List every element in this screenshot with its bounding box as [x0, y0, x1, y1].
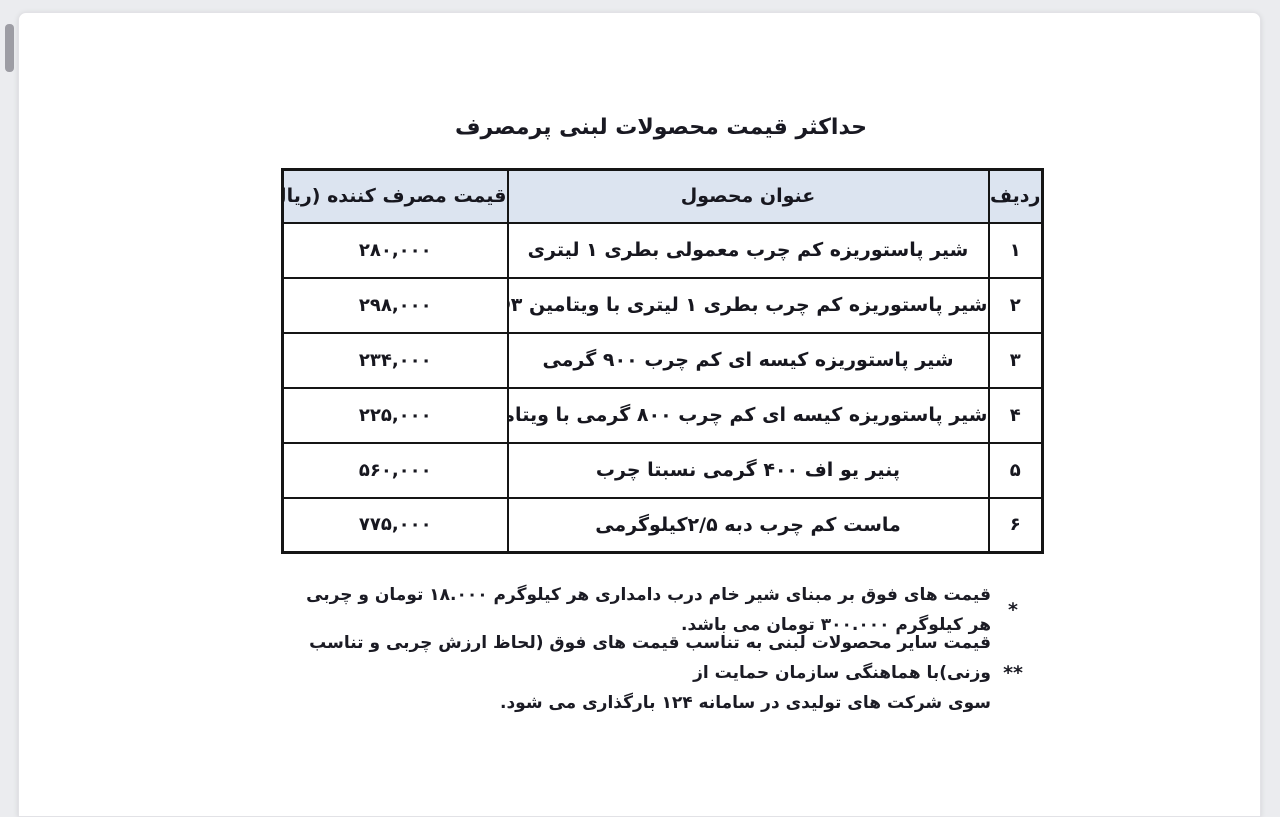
consumer-price: ۲۲۵,۰۰۰: [283, 388, 508, 443]
footnote-line-2: سوی شرکت های تولیدی در سامانه ۱۲۴ بارگذا…: [500, 693, 991, 713]
screenshot-canvas: حداکثر قیمت محصولات لبنی پرمصرف ردیف عنو…: [0, 0, 1280, 817]
product-name: شیر پاستوریزه کم چرب بطری ۱ لیتری با ویت…: [508, 278, 989, 333]
table-header-row: ردیف عنوان محصول قیمت مصرف کننده (ریال): [283, 170, 1043, 223]
table-row: ۴ شیر پاستوریزه کیسه ای کم چرب ۸۰۰ گرمی …: [283, 388, 1043, 443]
dairy-price-table: ردیف عنوان محصول قیمت مصرف کننده (ریال) …: [281, 168, 1044, 554]
footnote-other-products: ** قیمت سایر محصولات لبنی به تناسب قیمت …: [281, 629, 1025, 718]
table-row: ۳ شیر پاستوریزه کیسه ای کم چرب ۹۰۰ گرمی …: [283, 333, 1043, 388]
table-row: ۶ ماست کم چرب دبه ۲/۵کیلوگرمی ۷۷۵,۰۰۰: [283, 498, 1043, 553]
left-edge-handle: [5, 24, 14, 72]
consumer-price: ۵۶۰,۰۰۰: [283, 443, 508, 498]
col-header-row-no: ردیف: [989, 170, 1043, 223]
product-name: ماست کم چرب دبه ۲/۵کیلوگرمی: [508, 498, 989, 553]
consumer-price: ۲۳۴,۰۰۰: [283, 333, 508, 388]
consumer-price: ۲۹۸,۰۰۰: [283, 278, 508, 333]
double-asterisk-marker: **: [1001, 657, 1025, 690]
row-number: ۱: [989, 223, 1043, 278]
table-row: ۵ پنیر یو اف ۴۰۰ گرمی نسبتا چرب ۵۶۰,۰۰۰: [283, 443, 1043, 498]
row-number: ۴: [989, 388, 1043, 443]
document-page: حداکثر قیمت محصولات لبنی پرمصرف ردیف عنو…: [18, 12, 1261, 817]
row-number: ۶: [989, 498, 1043, 553]
consumer-price: ۲۸۰,۰۰۰: [283, 223, 508, 278]
col-header-price: قیمت مصرف کننده (ریال): [283, 170, 508, 223]
row-number: ۲: [989, 278, 1043, 333]
product-name: شیر پاستوریزه کیسه ای کم چرب ۸۰۰ گرمی با…: [508, 388, 989, 443]
product-name: شیر پاستوریزه کم چرب معمولی بطری ۱ لیتری: [508, 223, 989, 278]
page-title: حداکثر قیمت محصولات لبنی پرمصرف: [281, 115, 1041, 140]
table-row: ۲ شیر پاستوریزه کم چرب بطری ۱ لیتری با و…: [283, 278, 1043, 333]
asterisk-marker: *: [1001, 594, 1025, 627]
footnote-line-1: قیمت سایر محصولات لبنی به تناسب قیمت های…: [309, 633, 991, 683]
table-row: ۱ شیر پاستوریزه کم چرب معمولی بطری ۱ لیت…: [283, 223, 1043, 278]
row-number: ۵: [989, 443, 1043, 498]
col-header-product: عنوان محصول: [508, 170, 989, 223]
consumer-price: ۷۷۵,۰۰۰: [283, 498, 508, 553]
footnote-text: قیمت سایر محصولات لبنی به تناسب قیمت های…: [281, 629, 991, 718]
product-name: شیر پاستوریزه کیسه ای کم چرب ۹۰۰ گرمی: [508, 333, 989, 388]
row-number: ۳: [989, 333, 1043, 388]
product-name: پنیر یو اف ۴۰۰ گرمی نسبتا چرب: [508, 443, 989, 498]
